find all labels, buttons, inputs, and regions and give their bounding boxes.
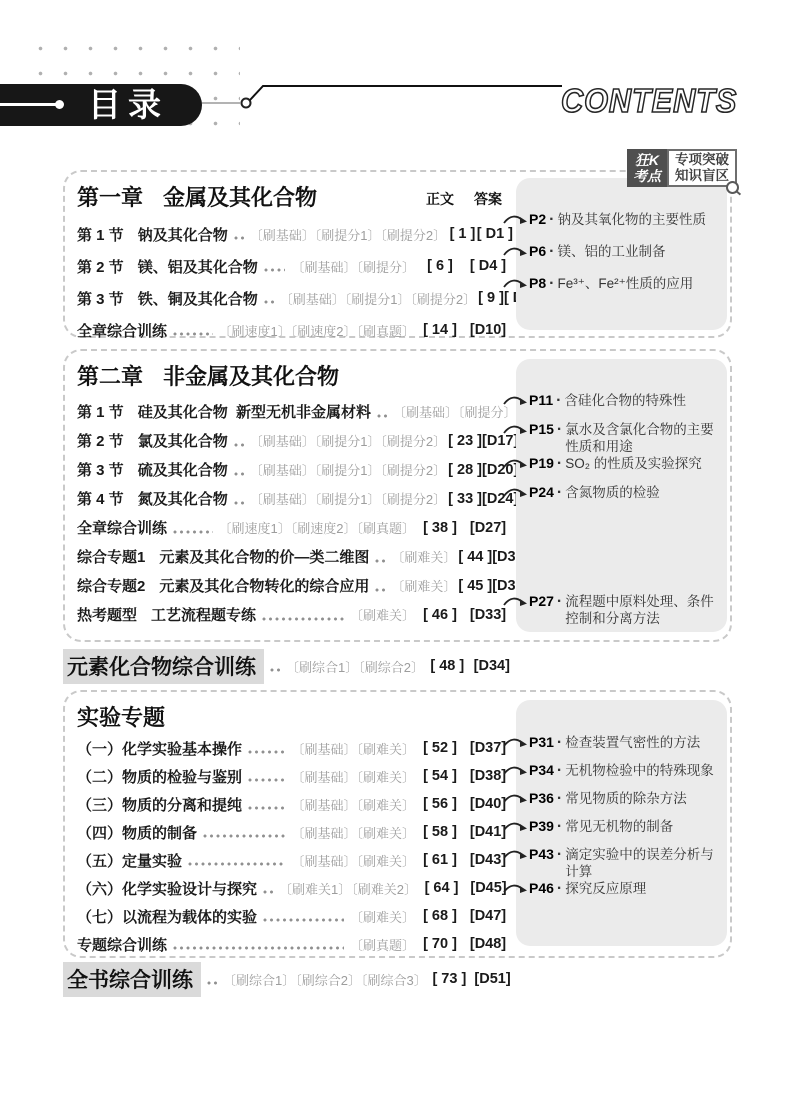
annotation-item: P43 · 滴定实验中的误差分析与计算 <box>516 846 727 880</box>
dot-leader <box>263 890 273 894</box>
row-title: 全章综合训练 <box>77 320 167 341</box>
dot-leader <box>248 806 285 810</box>
row-text-page: [ 58 ] <box>417 824 463 840</box>
row-title: 铁、铜及其化合物 <box>138 288 258 309</box>
annotation-panel: P11 · 含硅化合物的特殊性 P15 · 氯水及含氯化合物的主要性质和用途 P… <box>516 359 727 632</box>
connector-line <box>200 78 565 110</box>
row-text-page: [ 70 ] <box>417 936 463 952</box>
row-tags: 〔刷难关〕 <box>391 576 456 595</box>
row-tags: 〔刷速度1〕〔刷速度2〕〔刷真题〕 <box>219 321 415 340</box>
dot-leader <box>173 946 344 950</box>
annotation-arrow-icon <box>503 820 529 833</box>
row-tags: 〔刷基础〕〔刷难关〕 <box>291 851 415 870</box>
dot-leader <box>234 501 244 505</box>
row-tags: 〔刷基础〕〔刷难关〕 <box>291 767 415 786</box>
annotation-page-ref: P15 <box>529 421 554 438</box>
dot-leader <box>248 750 285 754</box>
annotation-arrow-icon <box>503 848 529 861</box>
annotation-separator: · <box>557 734 562 751</box>
toc-row: 综合专题2 元素及其化合物转化的综合应用 〔刷难关〕 [ 45 ] [D31] <box>77 571 513 600</box>
annotation-separator: · <box>557 818 562 835</box>
badge-line1: 专项突破 <box>675 152 729 168</box>
row-title: （一）化学实验基本操作 <box>77 738 242 759</box>
row-title: 氮及其化合物 <box>138 488 228 509</box>
annotation-panel: P31 · 检查装置气密性的方法 P34 · 无机物检验中的特殊现象 P36 ·… <box>516 700 727 946</box>
row-label: 第 1 节 <box>77 224 124 245</box>
toc-section-ch1: 第一章 金属及其化合物 正文 答案 第 1 节 钠及其化合物 〔刷基础〕〔刷提分… <box>63 170 732 338</box>
annotation-arrow-icon <box>503 394 529 407</box>
annotation-separator: · <box>557 421 562 438</box>
magnifier-icon <box>726 181 739 194</box>
row-tags: 〔刷基础〕〔刷难关〕 <box>291 739 415 758</box>
row-title: （七）以流程为载体的实验 <box>77 906 257 927</box>
annotation-text: 检查装置气密性的方法 <box>565 734 719 751</box>
kaodian-badge: 狂K 考点 专项突破 知识盲区 <box>627 149 737 187</box>
dot-leader <box>203 834 285 838</box>
toc-row: 专题综合训练 〔刷真题〕 [ 70 ] [D48] <box>77 930 513 958</box>
annotation-text: 氯水及含氯化合物的主要性质和用途 <box>565 421 719 455</box>
standalone-title: 元素化合物综合训练 <box>63 649 264 684</box>
badge-logo-bottom: 考点 <box>633 168 661 184</box>
row-tags: 〔刷基础〕〔刷提分1〕〔刷提分2〕 <box>250 431 446 450</box>
row-title: （三）物质的分离和提纯 <box>77 794 242 815</box>
annotation-text: 含硅化合物的特殊性 <box>564 392 719 409</box>
row-title: （六）化学实验设计与探究 <box>77 878 257 899</box>
section-rows: 第 1 节 硅及其化合物 新型无机非金属材料 〔刷基础〕〔刷提分〕 [ 20 ]… <box>77 397 513 629</box>
row-tags: 〔刷基础〕〔刷提分1〕〔刷提分2〕 <box>280 289 476 308</box>
standalone-row-s2: 全书综合训练 〔刷综合1〕〔刷综合2〕〔刷综合3〕 [ 73 ] [D51] <box>63 961 515 997</box>
badge-logo: 狂K 考点 <box>627 149 667 187</box>
row-answer-page: [D51] <box>470 971 515 987</box>
dot-leader <box>234 443 244 447</box>
annotation-text: 无机物检验中的特殊现象 <box>565 762 719 779</box>
section-title: 非金属及其化合物 <box>163 360 339 391</box>
annotation-page-ref: P2 <box>529 211 546 228</box>
row-label: 第 3 节 <box>77 459 124 480</box>
toc-row: （一）化学实验基本操作 〔刷基础〕〔刷难关〕 [ 52 ] [D37] <box>77 734 513 762</box>
row-tags: 〔刷基础〕〔刷难关〕 <box>291 795 415 814</box>
dot-leader <box>248 778 285 782</box>
row-text-page: [ 68 ] <box>417 908 463 924</box>
row-tags: 〔刷难关〕 <box>350 907 415 926</box>
toc-row: 综合专题1 元素及其化合物的价—类二维图 〔刷难关〕 [ 44 ] [D31] <box>77 542 513 571</box>
annotation-arrow-icon <box>503 457 529 470</box>
annotation-arrow-icon <box>503 736 529 749</box>
row-label: 综合专题1 <box>77 546 145 567</box>
annotation-text: 滴定实验中的误差分析与计算 <box>565 846 719 880</box>
row-title: 专题综合训练 <box>77 934 167 955</box>
annotation-text: SO₂ 的性质及实验探究 <box>565 455 719 472</box>
dot-leader <box>234 472 244 476</box>
toc-row: 第 3 节 硫及其化合物 〔刷基础〕〔刷提分1〕〔刷提分2〕 [ 28 ] [D… <box>77 455 513 484</box>
annotation-separator: · <box>557 880 562 897</box>
annotation-item: P31 · 检查装置气密性的方法 <box>516 734 727 762</box>
annotation-page-ref: P8 <box>529 275 546 292</box>
badge-text: 专项突破 知识盲区 <box>667 149 737 187</box>
annotation-separator: · <box>557 593 562 610</box>
row-text-page: [ 46 ] <box>417 607 463 623</box>
badge-line2: 知识盲区 <box>675 168 729 184</box>
row-answer-page: [D34] <box>469 658 515 674</box>
row-text-page: [ 38 ] <box>417 520 463 536</box>
row-text-page: [ 45 ] <box>458 578 492 594</box>
row-tags: 〔刷综合1〕〔刷综合2〕〔刷综合3〕 <box>223 970 427 989</box>
badge-logo-top: 狂K <box>635 152 659 168</box>
row-answer-page: [D33] <box>463 607 513 623</box>
annotation-text: 流程题中原料处理、条件控制和分离方法 <box>565 593 719 627</box>
dot-leader <box>377 414 387 418</box>
row-tags: 〔刷基础〕〔刷难关〕 <box>291 823 415 842</box>
row-answer-page: [ D4 ] <box>463 258 513 274</box>
row-text-page: [ 61 ] <box>417 852 463 868</box>
row-title: 氯及其化合物 <box>138 430 228 451</box>
row-text-page: [ 52 ] <box>417 740 463 756</box>
dot-leader <box>264 268 286 272</box>
section-heading: 第一章 金属及其化合物 <box>77 181 317 212</box>
toc-row: 全章综合训练 〔刷速度1〕〔刷速度2〕〔刷真题〕 [ 38 ] [D27] <box>77 513 513 542</box>
row-tags: 〔刷真题〕 <box>350 935 415 954</box>
annotation-separator: · <box>549 211 554 228</box>
annotation-arrow-icon <box>503 792 529 805</box>
row-title: （五）定量实验 <box>77 850 182 871</box>
annotation-text: 探究反应原理 <box>565 880 719 897</box>
page-title: 目录 <box>88 84 168 126</box>
pill-dot-decoration <box>55 100 64 109</box>
toc-section-ch2: 第二章 非金属及其化合物 第 1 节 硅及其化合物 新型无机非金属材料 〔刷基础… <box>63 349 732 642</box>
column-header-text: 正文 <box>417 189 463 209</box>
row-text-page: [ 64 ] <box>419 880 464 896</box>
toc-row: （三）物质的分离和提纯 〔刷基础〕〔刷难关〕 [ 56 ] [D40] <box>77 790 513 818</box>
annotation-item: P19 · SO₂ 的性质及实验探究 <box>516 455 727 484</box>
toc-page: 目录 CONTENTS 狂K 考点 专项突破 知识盲区 第一章 金属及其化合物 … <box>0 0 790 1101</box>
dot-leader <box>375 559 385 563</box>
row-label: 热考题型 <box>77 604 137 625</box>
row-text-page: [ 28 ] <box>448 462 482 478</box>
standalone-row-s1: 元素化合物综合训练 〔刷综合1〕〔刷综合2〕 [ 48 ] [D34] <box>63 648 515 684</box>
row-tags: 〔刷基础〕〔刷提分1〕〔刷提分2〕 <box>250 460 446 479</box>
section-rows: 第 1 节 钠及其化合物 〔刷基础〕〔刷提分1〕〔刷提分2〕 [ 1 ] [ D… <box>77 218 513 346</box>
section-title: 实验专题 <box>77 701 165 732</box>
dot-leader <box>173 530 213 534</box>
row-text-page: [ 9 ] <box>478 290 504 306</box>
row-tags: 〔刷基础〕〔刷提分〕 <box>291 257 415 276</box>
annotation-page-ref: P34 <box>529 762 554 779</box>
row-title: 钠及其化合物 <box>138 224 228 245</box>
annotation-arrow-icon <box>503 764 529 777</box>
annotation-text: 含氮物质的检验 <box>565 484 719 501</box>
toc-row: （二）物质的检验与鉴别 〔刷基础〕〔刷难关〕 [ 54 ] [D38] <box>77 762 513 790</box>
annotation-item: P6 · 镁、铝的工业制备 <box>516 243 727 275</box>
column-header-answer: 答案 <box>463 189 513 209</box>
annotation-arrow-icon <box>503 277 529 290</box>
annotation-text: 常见无机物的制备 <box>565 818 719 835</box>
row-tags: 〔刷基础〕〔刷提分1〕〔刷提分2〕 <box>250 489 446 508</box>
annotation-page-ref: P11 <box>529 392 553 409</box>
toc-row: 第 3 节 铁、铜及其化合物 〔刷基础〕〔刷提分1〕〔刷提分2〕 [ 9 ] [… <box>77 282 513 314</box>
section-title: 金属及其化合物 <box>163 181 317 212</box>
annotation-item: P39 · 常见无机物的制备 <box>516 818 727 846</box>
row-text-page: [ 1 ] <box>448 226 477 242</box>
toc-row: 热考题型 工艺流程题专练 〔刷难关〕 [ 46 ] [D33] <box>77 600 513 629</box>
section-heading: 第二章 非金属及其化合物 <box>77 360 339 391</box>
annotation-arrow-icon <box>503 245 529 258</box>
annotation-item: P34 · 无机物检验中的特殊现象 <box>516 762 727 790</box>
row-label: 第 1 节 <box>77 401 124 422</box>
row-answer-page: [ D1 ] <box>477 226 513 242</box>
row-answer-page: [D27] <box>463 520 513 536</box>
chapter-label: 第一章 <box>77 181 143 212</box>
row-answer-page: [D10] <box>463 322 513 338</box>
annotation-page-ref: P31 <box>529 734 554 751</box>
row-text-page: [ 73 ] <box>429 971 470 987</box>
row-title: 硫及其化合物 <box>138 459 228 480</box>
row-title: 镁、铝及其化合物 <box>138 256 258 277</box>
dot-leader <box>375 588 385 592</box>
row-tags: 〔刷难关1〕〔刷难关2〕 <box>279 879 417 898</box>
annotation-separator: · <box>557 455 562 472</box>
toc-row: 第 1 节 钠及其化合物 〔刷基础〕〔刷提分1〕〔刷提分2〕 [ 1 ] [ D… <box>77 218 513 250</box>
section-rows: （一）化学实验基本操作 〔刷基础〕〔刷难关〕 [ 52 ] [D37] （二）物… <box>77 734 513 958</box>
annotation-separator: · <box>549 243 554 260</box>
annotation-panel: P2 · 钠及其氧化物的主要性质 P6 · 镁、铝的工业制备 P8 · Fe³⁺… <box>516 178 727 330</box>
row-label: 综合专题2 <box>77 575 145 596</box>
dot-leader <box>234 236 244 240</box>
annotation-arrow-icon <box>503 486 529 499</box>
toc-row: （六）化学实验设计与探究 〔刷难关1〕〔刷难关2〕 [ 64 ] [D45] <box>77 874 513 902</box>
row-text-page: [ 54 ] <box>417 768 463 784</box>
annotation-text: 钠及其氧化物的主要性质 <box>557 211 719 228</box>
annotation-arrow-icon <box>503 213 529 226</box>
annotation-page-ref: P27 <box>529 593 554 610</box>
row-text-page: [ 6 ] <box>417 258 463 274</box>
section-heading: 实验专题 <box>77 701 165 732</box>
row-text-page: [ 14 ] <box>417 322 463 338</box>
row-text-page: [ 33 ] <box>448 491 482 507</box>
annotation-item: P15 · 氯水及含氯化合物的主要性质和用途 <box>516 421 727 455</box>
annotation-page-ref: P24 <box>529 484 554 501</box>
toc-row: （七）以流程为载体的实验 〔刷难关〕 [ 68 ] [D47] <box>77 902 513 930</box>
row-tags: 〔刷综合1〕〔刷综合2〕 <box>286 657 424 676</box>
annotation-page-ref: P19 <box>529 455 554 472</box>
row-text-page: [ 48 ] <box>426 658 469 674</box>
row-title: （二）物质的检验与鉴别 <box>77 766 242 787</box>
row-title: （四）物质的制备 <box>77 822 197 843</box>
chapter-label: 第二章 <box>77 360 143 391</box>
annotation-text: Fe³⁺、Fe²⁺性质的应用 <box>557 275 719 292</box>
row-tags: 〔刷难关〕 <box>350 605 415 624</box>
dot-leader <box>262 617 344 621</box>
row-title: 硅及其化合物 新型无机非金属材料 <box>138 401 371 422</box>
row-tags: 〔刷速度1〕〔刷速度2〕〔刷真题〕 <box>219 518 415 537</box>
row-title: 全章综合训练 <box>77 517 167 538</box>
annotation-arrow-icon <box>503 423 529 436</box>
annotation-separator: · <box>549 275 554 292</box>
row-title: 工艺流程题专练 <box>151 604 256 625</box>
annotation-page-ref: P43 <box>529 846 554 863</box>
annotation-separator: · <box>557 484 562 501</box>
toc-row: （四）物质的制备 〔刷基础〕〔刷难关〕 [ 58 ] [D41] <box>77 818 513 846</box>
annotation-item: P24 · 含氮物质的检验 <box>516 484 727 513</box>
row-answer-page: [D47] <box>463 908 513 924</box>
annotation-page-ref: P46 <box>529 880 554 897</box>
annotation-item: P2 · 钠及其氧化物的主要性质 <box>516 211 727 243</box>
dot-leader <box>263 918 344 922</box>
dot-leader <box>173 332 213 336</box>
annotation-arrow-icon <box>503 595 529 608</box>
title-pill: 目录 <box>0 84 202 126</box>
pill-line-decoration <box>0 103 56 106</box>
toc-row: 第 4 节 氮及其化合物 〔刷基础〕〔刷提分1〕〔刷提分2〕 [ 33 ] [D… <box>77 484 513 513</box>
column-header: 正文 答案 <box>417 189 513 209</box>
annotation-item: P27 · 流程题中原料处理、条件控制和分离方法 <box>516 593 727 627</box>
row-label: 第 2 节 <box>77 256 124 277</box>
row-answer-page: [D48] <box>463 936 513 952</box>
toc-section-exp: 实验专题 （一）化学实验基本操作 〔刷基础〕〔刷难关〕 [ 52 ] [D37]… <box>63 690 732 958</box>
row-text-page: [ 23 ] <box>448 433 482 449</box>
row-text-page: [ 56 ] <box>417 796 463 812</box>
row-title: 元素及其化合物的价—类二维图 <box>159 546 369 567</box>
row-tags: 〔刷难关〕 <box>391 547 456 566</box>
row-label: 第 2 节 <box>77 430 124 451</box>
toc-row: 第 1 节 硅及其化合物 新型无机非金属材料 〔刷基础〕〔刷提分〕 [ 20 ]… <box>77 397 513 426</box>
row-tags: 〔刷基础〕〔刷提分〕 <box>393 402 517 421</box>
row-label: 第 4 节 <box>77 488 124 509</box>
toc-row: （五）定量实验 〔刷基础〕〔刷难关〕 [ 61 ] [D43] <box>77 846 513 874</box>
dot-leader <box>264 300 274 304</box>
annotation-page-ref: P39 <box>529 818 554 835</box>
dot-leader <box>270 668 280 672</box>
dot-leader <box>207 981 217 985</box>
annotation-separator: · <box>557 790 562 807</box>
toc-row: 第 2 节 氯及其化合物 〔刷基础〕〔刷提分1〕〔刷提分2〕 [ 23 ] [D… <box>77 426 513 455</box>
row-text-page: [ 44 ] <box>458 549 492 565</box>
annotation-page-ref: P6 <box>529 243 546 260</box>
annotation-item: P8 · Fe³⁺、Fe²⁺性质的应用 <box>516 275 727 307</box>
annotation-separator: · <box>556 392 561 409</box>
row-title: 元素及其化合物转化的综合应用 <box>159 575 369 596</box>
row-label: 第 3 节 <box>77 288 124 309</box>
toc-row: 全章综合训练 〔刷速度1〕〔刷速度2〕〔刷真题〕 [ 14 ] [D10] <box>77 314 513 346</box>
contents-label: CONTENTS <box>561 82 737 120</box>
row-tags: 〔刷基础〕〔刷提分1〕〔刷提分2〕 <box>250 225 446 244</box>
annotation-text: 镁、铝的工业制备 <box>557 243 719 260</box>
annotation-separator: · <box>557 846 562 863</box>
dot-leader <box>188 862 285 866</box>
annotation-item: P11 · 含硅化合物的特殊性 <box>516 392 727 421</box>
annotation-separator: · <box>557 762 562 779</box>
standalone-title: 全书综合训练 <box>63 962 201 997</box>
annotation-text: 常见物质的除杂方法 <box>565 790 719 807</box>
annotation-page-ref: P36 <box>529 790 554 807</box>
annotation-arrow-icon <box>503 882 529 895</box>
annotation-item: P36 · 常见物质的除杂方法 <box>516 790 727 818</box>
annotation-item: P46 · 探究反应原理 <box>516 880 727 908</box>
toc-row: 第 2 节 镁、铝及其化合物 〔刷基础〕〔刷提分〕 [ 6 ] [ D4 ] <box>77 250 513 282</box>
